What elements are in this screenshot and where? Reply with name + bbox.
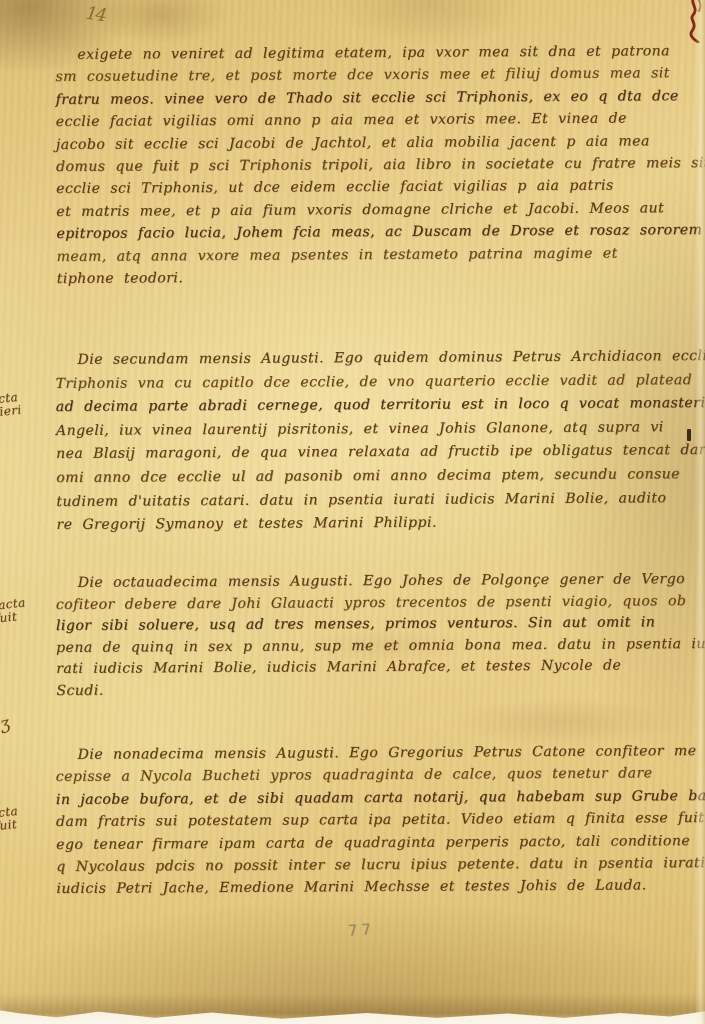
text-line: rati iudicis Marini Bolie, iudicis Marin…	[56, 655, 701, 681]
paragraph-4: Die nonadecima mensis Augusti. Ego Grego…	[56, 740, 702, 901]
margin-note-2: facta fuit	[0, 596, 28, 625]
paragraph-1: exigete no veniret ad legitima etatem, i…	[55, 40, 701, 290]
text-line: re Gregorij Symanoy et testes Marini Phi…	[56, 510, 701, 538]
folio-number: 14	[84, 3, 106, 27]
paragraph-3: Die octauadecima mensis Augusti. Ego Joh…	[56, 569, 702, 703]
text-line: iudicis Petri Jache, Emedione Marini Mec…	[56, 874, 701, 900]
text-line: tiphone teodori.	[57, 264, 702, 290]
margin-note-line: fuit	[0, 609, 28, 625]
margin-note-3: fcta fuit	[0, 805, 20, 833]
text-line: tudinem d'uitatis catari. datu in psenti…	[56, 487, 701, 515]
pencil-note: 77	[347, 920, 375, 940]
text-line: Die secundam mensis Augusti. Ego quidem …	[55, 345, 700, 373]
margin-note-1: fcta fieri	[0, 391, 22, 420]
ink-mark	[687, 429, 691, 441]
paraph-mark: ʒ	[0, 713, 12, 735]
page-right-edge	[695, 0, 705, 1024]
margin-note-line: fuit	[0, 818, 20, 834]
manuscript-page: 14 exigete no veniret ad legitima etatem…	[0, 0, 705, 1024]
paragraph-2: Die secundam mensis Augusti. Ego quidem …	[55, 345, 701, 538]
text-line: omi anno dce ecclie ul ad pasonib omi an…	[56, 463, 701, 491]
margin-note-line: fieri	[0, 404, 22, 420]
text-line: Scudi.	[56, 677, 701, 703]
text-line: meam, atq anna vxore mea psentes in test…	[56, 242, 701, 268]
